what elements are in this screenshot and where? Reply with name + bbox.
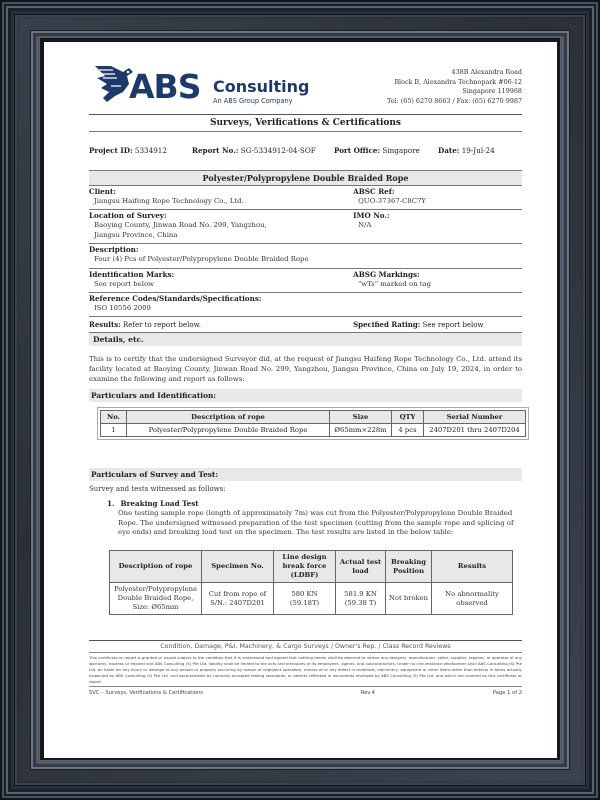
- report-date: Date: 19-Jul-24: [438, 146, 495, 155]
- reference-value: ISO 10556 2009: [89, 304, 522, 313]
- cell-size: Ø65mm×228m: [330, 424, 392, 437]
- id-marks-value: See report below: [89, 280, 353, 289]
- column-header: QTY: [392, 411, 424, 424]
- cell-ldbf: 580 KN (59.18T): [274, 583, 336, 615]
- column-header: Line design break force (LDBF): [274, 551, 336, 583]
- port-office: Port Office: Singapore: [334, 146, 438, 155]
- imo-value: N/A: [353, 221, 522, 230]
- location-value-line1: Baoying County, Jinwan Road No. 299, Yan…: [89, 221, 353, 230]
- particulars-table-wrapper: No. Description of rope Size QTY Serial …: [97, 407, 529, 440]
- column-header: No.: [101, 411, 127, 424]
- test-heading: 1. Breaking Load Test: [107, 499, 522, 508]
- location-value-line2: Jiangsu Province, China: [89, 231, 353, 240]
- address-line: Block B, Alexandra Technopark #06-12: [387, 78, 522, 88]
- contact-line: Tel: (65) 6270 8663 / Fax: (65) 6270 998…: [387, 97, 522, 107]
- logo-consulting-text: Consulting: [213, 78, 310, 96]
- absc-ref-label: ABSC Ref:: [353, 187, 522, 197]
- report-number: Report No.: SG-5334912-04-SOF: [192, 146, 334, 155]
- project-id: Project ID: 5334912: [89, 146, 192, 155]
- column-header: Serial Number: [424, 411, 526, 424]
- column-header: Specimen No.: [202, 551, 274, 583]
- description-value: Four (4) Pcs of Polyester/Polypropylene …: [89, 255, 522, 264]
- specified-rating: Specified Rating: See report below: [353, 320, 483, 329]
- imo-label: IMO No.:: [353, 211, 522, 221]
- client-label: Client:: [89, 187, 353, 197]
- reference-label: Reference Codes/Standards/Specifications…: [89, 294, 522, 304]
- cell-test-load: 581.9 KN (59.38 T): [336, 583, 386, 615]
- report-meta: Project ID: 5334912 Report No.: SG-53349…: [89, 143, 522, 157]
- table-header-row: No. Description of rope Size QTY Serial …: [101, 411, 526, 424]
- cell-serial: 2407D201 thru 2407D204: [424, 424, 526, 437]
- table-row: Polyester/Polypropylene Double Braided R…: [110, 583, 513, 615]
- location-row: Location of Survey: Baoying County, Jinw…: [89, 209, 522, 243]
- disclaimer: This certificate or report is granted or…: [89, 653, 522, 687]
- absg-markings-label: ABSG Markings:: [353, 270, 522, 280]
- results-row: Results: Refer to report below. Specifie…: [89, 316, 522, 332]
- column-header: Description of rope: [127, 411, 330, 424]
- test-number: 1.: [107, 499, 118, 508]
- particulars-heading: Particulars and Identification:: [89, 389, 522, 402]
- table-row: 1 Polyester/Polypropylene Double Braided…: [101, 424, 526, 437]
- cell-results: No abnormality observed: [432, 583, 513, 615]
- test-title: Breaking Load Test: [121, 499, 199, 508]
- column-header: Size: [330, 411, 392, 424]
- survey-heading: Particulars of Survey and Test:: [89, 468, 522, 481]
- results: Results: Refer to report below.: [89, 320, 353, 329]
- id-marks-label: Identification Marks:: [89, 270, 353, 280]
- revision: Rev.4: [361, 690, 375, 696]
- company-logo: ABS Consulting An ABS Group Company: [93, 62, 303, 106]
- column-header: Breaking Position: [386, 551, 432, 583]
- cell-breaking-position: Not broken: [386, 583, 432, 615]
- page-footer: Condition, Damage, P&I, Machinery, & Car…: [89, 640, 522, 696]
- cell-no: 1: [101, 424, 127, 437]
- table-header-row: Description of rope Specimen No. Line de…: [110, 551, 513, 583]
- address-line: Singapore 119968: [387, 87, 522, 97]
- column-header: Actual test load: [336, 551, 386, 583]
- subject-heading: Polyester/Polypropylene Double Braided R…: [89, 170, 522, 185]
- markings-row: Identification Marks: See report below A…: [89, 268, 522, 292]
- description-label: Description:: [89, 245, 522, 255]
- cell-description: Polyester/Polypropylene Double Braided R…: [127, 424, 330, 437]
- survey-intro: Survey and tests witnessed as follows:: [89, 485, 522, 493]
- footer-tagline: Condition, Damage, P&I, Machinery, & Car…: [89, 640, 522, 653]
- client-row: Client: Jiangsu Haifeng Rope Technology …: [89, 185, 522, 209]
- logo-abs-text: ABS: [129, 70, 200, 104]
- cell-description: Polyester/Polypropylene Double Braided R…: [110, 583, 202, 615]
- column-header: Description of rope: [110, 551, 202, 583]
- absc-ref-value: QUO-37367-C8C7Y: [353, 197, 522, 206]
- cell-specimen: Cut from rope of S/N.: 2407D201: [202, 583, 274, 615]
- description-row: Description: Four (4) Pcs of Polyester/P…: [89, 243, 522, 267]
- footer-meta: SVC – Surveys, Verifications & Certifica…: [89, 687, 522, 696]
- details-heading: Details, etc.: [89, 332, 522, 346]
- page-number: Page 1 of 2: [493, 690, 522, 696]
- client-value: Jiangsu Haifeng Rope Technology Co., Ltd…: [89, 197, 353, 206]
- logo-tagline: An ABS Group Company: [213, 97, 293, 105]
- absg-markings-value: "wTs" marked on tag: [353, 280, 522, 289]
- form-name: SVC – Surveys, Verifications & Certifica…: [89, 690, 203, 696]
- letterhead: ABS Consulting An ABS Group Company 438B…: [89, 42, 522, 112]
- reference-row: Reference Codes/Standards/Specifications…: [89, 292, 522, 316]
- results-table: Description of rope Specimen No. Line de…: [109, 550, 513, 615]
- column-header: Results: [432, 551, 513, 583]
- certify-paragraph: This is to certify that the undersigned …: [89, 355, 522, 384]
- test-description: One testing sample rope (length of appro…: [118, 509, 522, 537]
- document-title: Surveys, Verifications & Certifications: [89, 115, 522, 132]
- address-line: 438B Alexandra Road: [387, 68, 522, 78]
- cell-qty: 4 pcs: [392, 424, 424, 437]
- company-address: 438B Alexandra Road Block B, Alexandra T…: [387, 68, 522, 106]
- location-label: Location of Survey:: [89, 211, 353, 221]
- particulars-table: No. Description of rope Size QTY Serial …: [100, 410, 526, 437]
